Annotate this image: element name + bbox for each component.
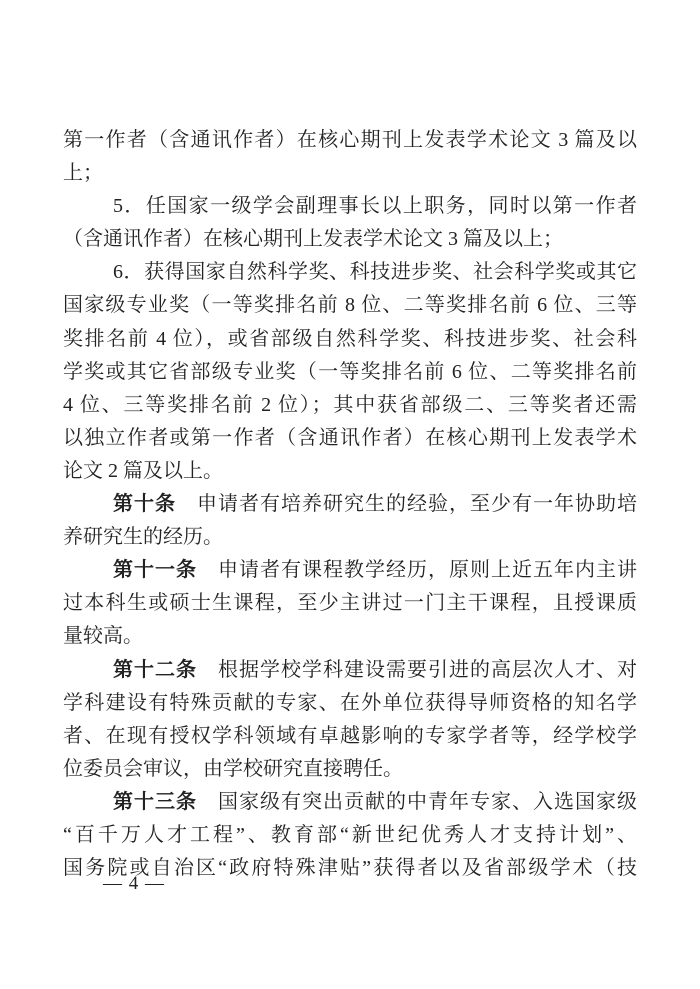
line-text: 学奖或其它省部级专业奖（一等奖排名前 6 位、二等奖排名前 — [63, 361, 637, 383]
line-text: 国家级专业奖（一等奖排名前 8 位、二等奖排名前 6 位、三等 — [63, 294, 637, 316]
line-text: 奖排名前 4 位），或省部级自然科学奖、科技进步奖、社会科 — [63, 328, 637, 350]
document-line: （含通讯作者）在核心期刊上发表学术论文 3 篇及以上； — [63, 223, 637, 256]
article-number-label: 第十二条 — [113, 659, 197, 681]
line-text: 6．获得国家自然科学奖、科技进步奖、社会科学奖或其它 — [113, 261, 637, 283]
document-line: 位委员会审议，由学校研究直接聘任。 — [63, 753, 637, 786]
document-line: 以独立作者或第一作者（含通讯作者）在核心期刊上发表学术 — [63, 422, 637, 455]
document-line: 养研究生的经历。 — [63, 521, 637, 554]
document-line: 过本科生或硕士生课程，至少主讲过一门主干课程，且授课质 — [63, 587, 637, 620]
line-text: 申请者有培养研究生的经验，至少有一年协助培 — [176, 493, 637, 515]
line-text: “百千万人才工程”、教育部“新世纪优秀人才支持计划”、 — [63, 824, 637, 846]
document-line: 奖排名前 4 位），或省部级自然科学奖、科技进步奖、社会科 — [63, 323, 637, 356]
line-text: 第一作者（含通讯作者）在核心期刊上发表学术论文 3 篇及以 — [63, 129, 637, 151]
document-line: 学科建设有特殊贡献的专家、在外单位获得导师资格的知名学 — [63, 687, 637, 720]
page-number: — 4 — — [103, 873, 165, 895]
line-text: 学科建设有特殊贡献的专家、在外单位获得导师资格的知名学 — [63, 692, 637, 714]
document-line: 国家级专业奖（一等奖排名前 8 位、二等奖排名前 6 位、三等 — [63, 289, 637, 322]
article-number-label: 第十一条 — [113, 559, 197, 581]
document-line-article-12: 第十二条 根据学校学科建设需要引进的高层次人才、对 — [63, 654, 637, 687]
document-line: 量较高。 — [63, 620, 637, 653]
document-line: 6．获得国家自然科学奖、科技进步奖、社会科学奖或其它 — [63, 256, 637, 289]
line-text: 过本科生或硕士生课程，至少主讲过一门主干课程，且授课质 — [63, 592, 637, 614]
line-text: （含通讯作者）在核心期刊上发表学术论文 3 篇及以上； — [63, 228, 563, 250]
line-text: 养研究生的经历。 — [63, 526, 223, 548]
line-text: 申请者有课程教学经历，原则上近五年内主讲 — [197, 559, 637, 581]
article-number-label: 第十条 — [113, 493, 176, 515]
document-line: 4 位、三等奖排名前 2 位）；其中获省部级二、三等奖者还需 — [63, 389, 637, 422]
line-text: 根据学校学科建设需要引进的高层次人才、对 — [197, 659, 637, 681]
document-line: 者、在现有授权学科领域有卓越影响的专家学者等，经学校学 — [63, 720, 637, 753]
line-text: 以独立作者或第一作者（含通讯作者）在核心期刊上发表学术 — [63, 427, 637, 449]
document-line: 上； — [63, 157, 637, 190]
article-number-label: 第十三条 — [113, 791, 197, 813]
document-line: 5．任国家一级学会副理事长以上职务，同时以第一作者 — [63, 190, 637, 223]
line-text: 者、在现有授权学科领域有卓越影响的专家学者等，经学校学 — [63, 725, 637, 747]
line-text: 4 位、三等奖排名前 2 位）；其中获省部级二、三等奖者还需 — [63, 394, 637, 416]
line-text: 5．任国家一级学会副理事长以上职务，同时以第一作者 — [113, 195, 637, 217]
document-line: 第一作者（含通讯作者）在核心期刊上发表学术论文 3 篇及以 — [63, 124, 637, 157]
document-line-article-10: 第十条 申请者有培养研究生的经验，至少有一年协助培 — [63, 488, 637, 521]
document-body: 第一作者（含通讯作者）在核心期刊上发表学术论文 3 篇及以 上； 5．任国家一级… — [63, 124, 637, 885]
line-text: 位委员会审议，由学校研究直接聘任。 — [63, 758, 403, 780]
line-text: 论文 2 篇及以上。 — [63, 460, 223, 482]
line-text: 量较高。 — [63, 625, 143, 647]
document-page: 第一作者（含通讯作者）在核心期刊上发表学术论文 3 篇及以 上； 5．任国家一级… — [0, 0, 700, 989]
document-line: 论文 2 篇及以上。 — [63, 455, 637, 488]
document-line-article-13: 第十三条 国家级有突出贡献的中青年专家、入选国家级 — [63, 786, 637, 819]
line-text: 上； — [63, 162, 103, 184]
document-line: “百千万人才工程”、教育部“新世纪优秀人才支持计划”、 — [63, 819, 637, 852]
document-line: 学奖或其它省部级专业奖（一等奖排名前 6 位、二等奖排名前 — [63, 356, 637, 389]
document-line-article-11: 第十一条 申请者有课程教学经历，原则上近五年内主讲 — [63, 554, 637, 587]
line-text: 国家级有突出贡献的中青年专家、入选国家级 — [197, 791, 637, 813]
